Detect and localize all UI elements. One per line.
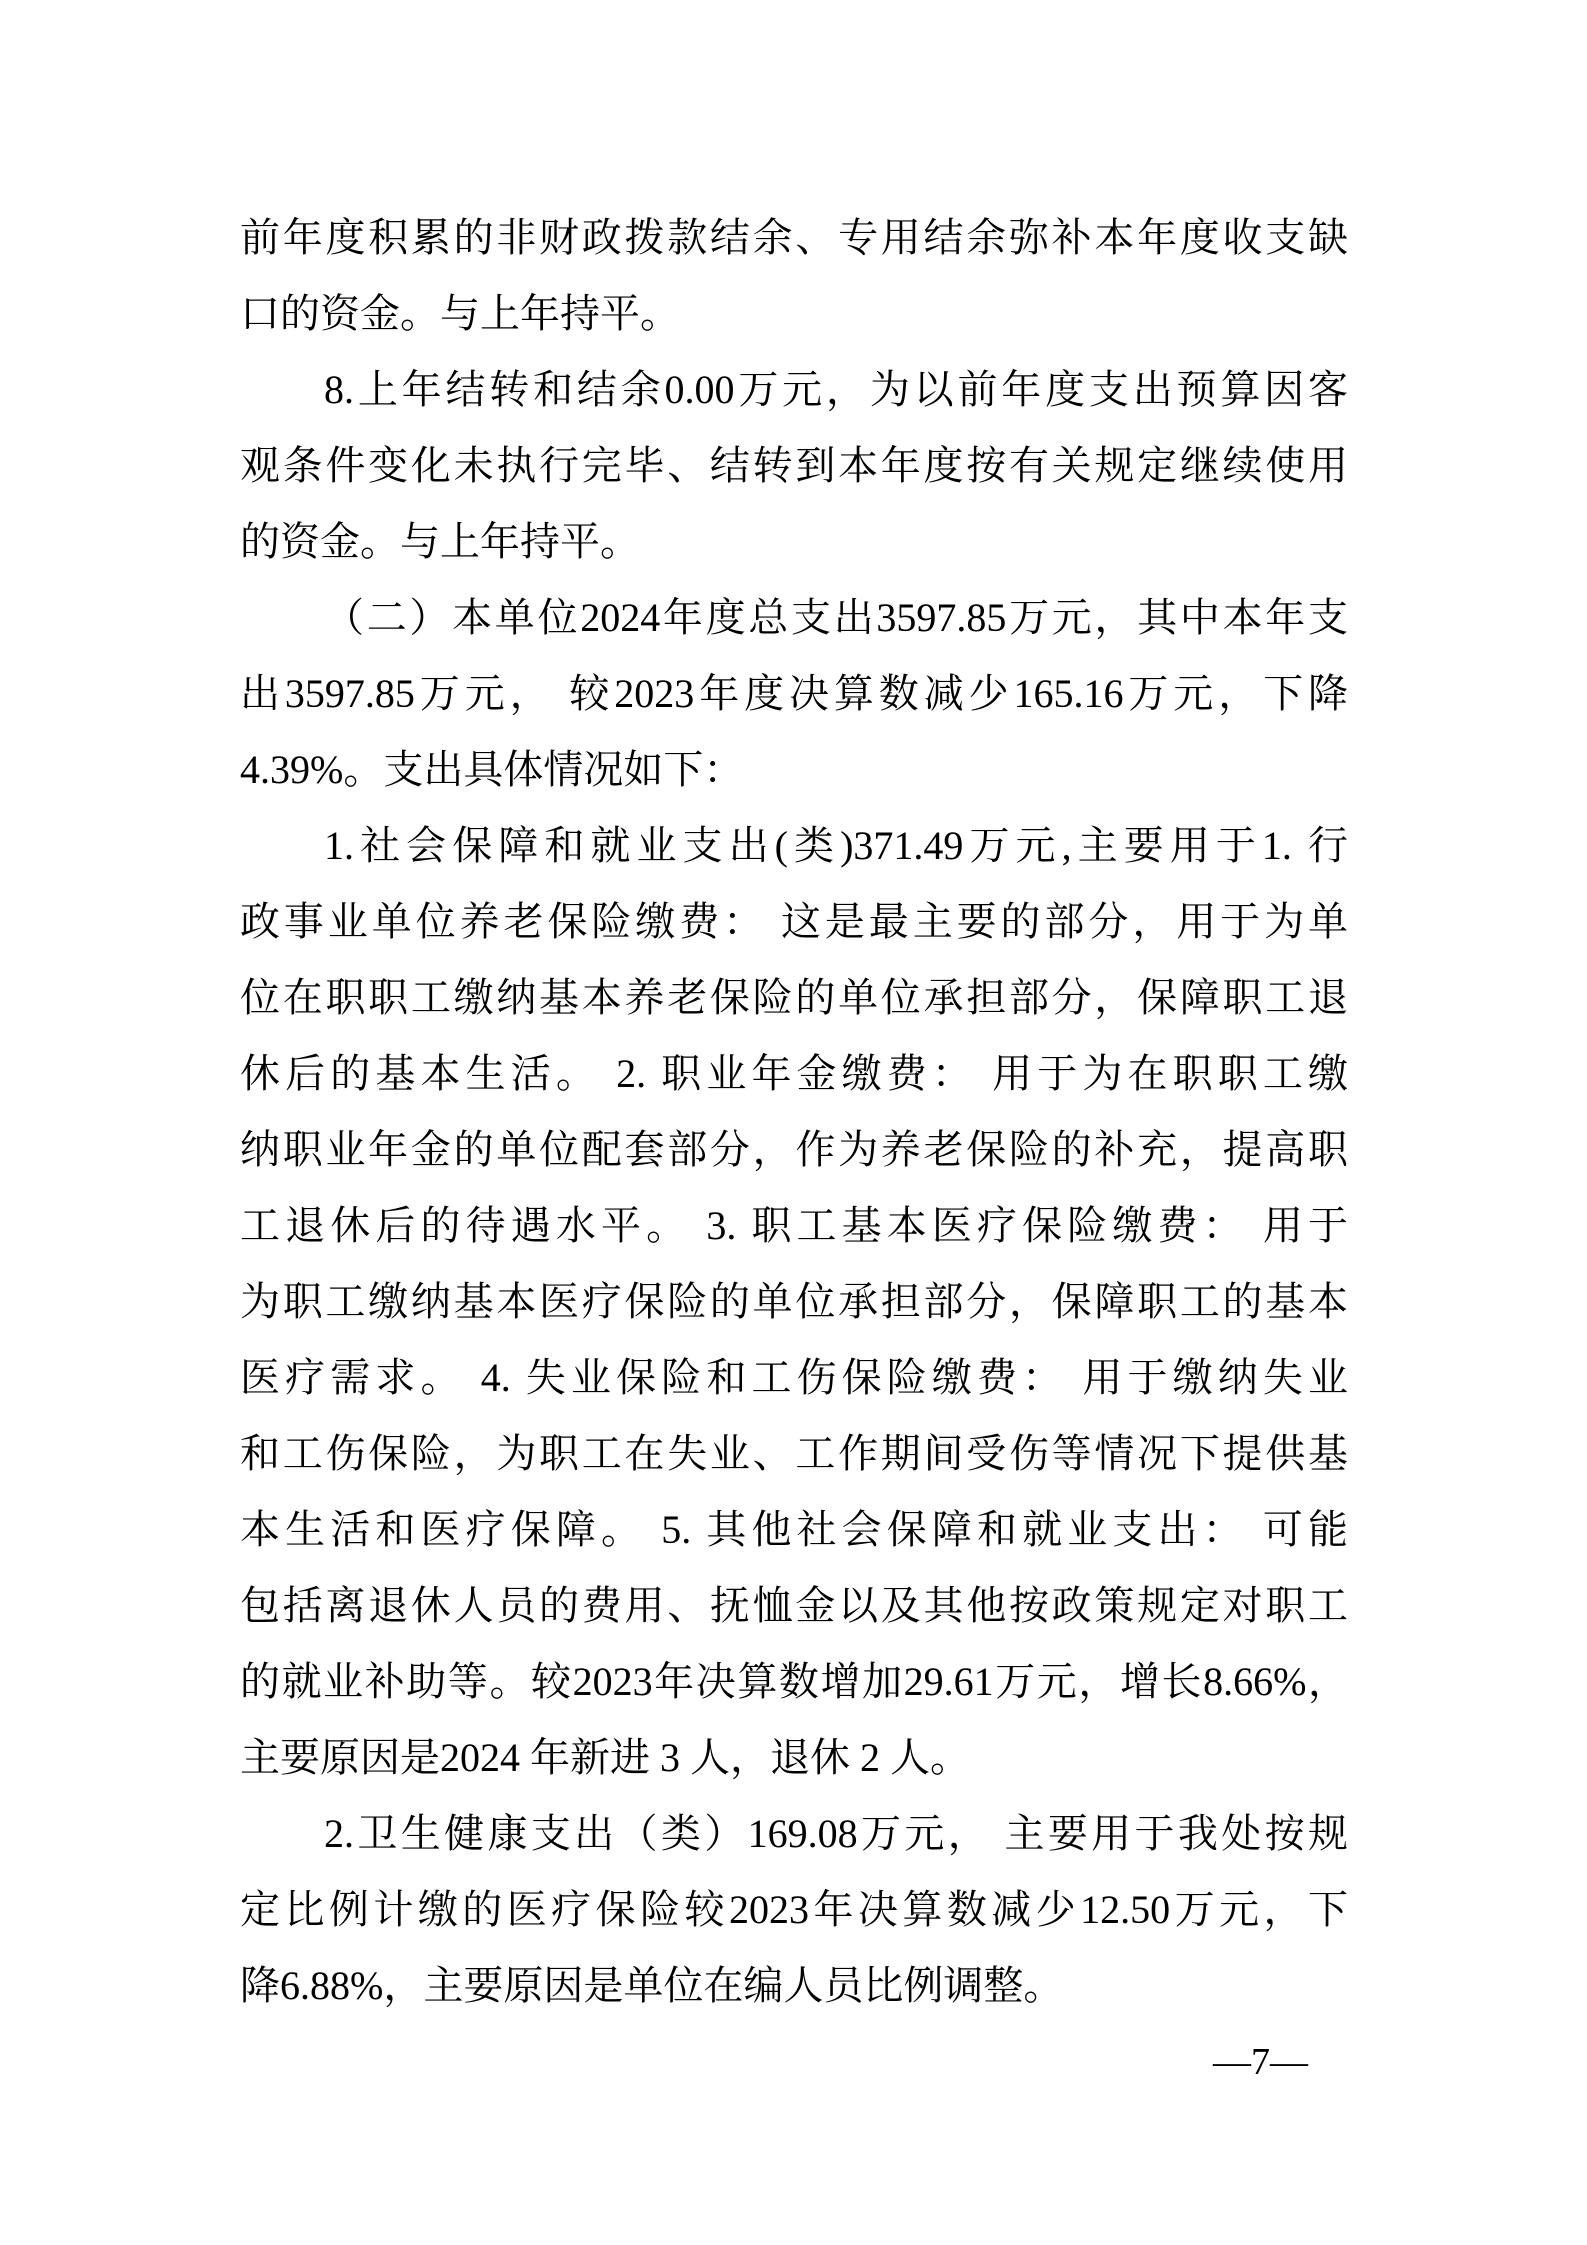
text-line: 8.上年结转和结余0.00万元，为以前年度支出预算因客 [240, 352, 1348, 428]
text-line: 和工伤保险，为职工在失业、工作期间受伤等情况下提供基 [240, 1416, 1348, 1492]
text-line: 2.卫生健康支出（类）169.08万元， 主要用于我处按规 [240, 1796, 1348, 1872]
text-line: 包括离退休人员的费用、抚恤金以及其他按政策规定对职工 [240, 1568, 1348, 1644]
text-line: 4.39%。支出具体情况如下： [240, 732, 1348, 808]
text-line: 为职工缴纳基本医疗保险的单位承担部分，保障职工的基本 [240, 1264, 1348, 1340]
paragraph-continuation: 前年度积累的非财政拨款结余、专用结余弥补本年度收支缺 口的资金。与上年持平。 [240, 200, 1348, 352]
text-line: 医疗需求。 4. 失业保险和工伤保险缴费： 用于缴纳失业 [240, 1340, 1348, 1416]
text-line: 口的资金。与上年持平。 [240, 276, 1348, 352]
text-line: 政事业单位养老保险缴费： 这是最主要的部分，用于为单 [240, 884, 1348, 960]
text-line: 的就业补助等。较2023年决算数增加29.61万元，增长8.66%， [240, 1644, 1348, 1720]
text-line: 1.社会保障和就业支出(类)371.49万元,主要用于1. 行 [240, 808, 1348, 884]
text-line: 主要原因是2024 年新进 3 人，退休 2 人。 [240, 1720, 1348, 1796]
paragraph-section-2: （二）本单位2024年度总支出3597.85万元，其中本年支 出3597.85万… [240, 580, 1348, 808]
text-line: 降6.88%，主要原因是单位在编人员比例调整。 [240, 1948, 1348, 2024]
document-body: 前年度积累的非财政拨款结余、专用结余弥补本年度收支缺 口的资金。与上年持平。 8… [240, 200, 1348, 2024]
text-line: 位在职职工缴纳基本养老保险的单位承担部分，保障职工退 [240, 960, 1348, 1036]
paragraph-health-expense: 2.卫生健康支出（类）169.08万元， 主要用于我处按规 定比例计缴的医疗保险… [240, 1796, 1348, 2024]
page-number: —7— [1213, 2032, 1308, 2092]
text-line: 工退休后的待遇水平。 3. 职工基本医疗保险缴费： 用于 [240, 1188, 1348, 1264]
paragraph-item-8: 8.上年结转和结余0.00万元，为以前年度支出预算因客 观条件变化未执行完毕、结… [240, 352, 1348, 580]
text-line: 休后的基本生活。 2. 职业年金缴费： 用于为在职职工缴 [240, 1036, 1348, 1112]
paragraph-social-security-expense: 1.社会保障和就业支出(类)371.49万元,主要用于1. 行 政事业单位养老保… [240, 808, 1348, 1796]
text-line: 定比例计缴的医疗保险较2023年决算数减少12.50万元，下 [240, 1872, 1348, 1948]
text-line: 观条件变化未执行完毕、结转到本年度按有关规定继续使用 [240, 428, 1348, 504]
text-line: 本生活和医疗保障。 5. 其他社会保障和就业支出： 可能 [240, 1492, 1348, 1568]
document-page: 前年度积累的非财政拨款结余、专用结余弥补本年度收支缺 口的资金。与上年持平。 8… [0, 0, 1587, 2245]
text-line: （二）本单位2024年度总支出3597.85万元，其中本年支 [240, 580, 1348, 656]
text-line: 前年度积累的非财政拨款结余、专用结余弥补本年度收支缺 [240, 200, 1348, 276]
text-line: 的资金。与上年持平。 [240, 504, 1348, 580]
text-line: 出3597.85万元， 较2023年度决算数减少165.16万元，下降 [240, 656, 1348, 732]
text-line: 纳职业年金的单位配套部分，作为养老保险的补充，提高职 [240, 1112, 1348, 1188]
